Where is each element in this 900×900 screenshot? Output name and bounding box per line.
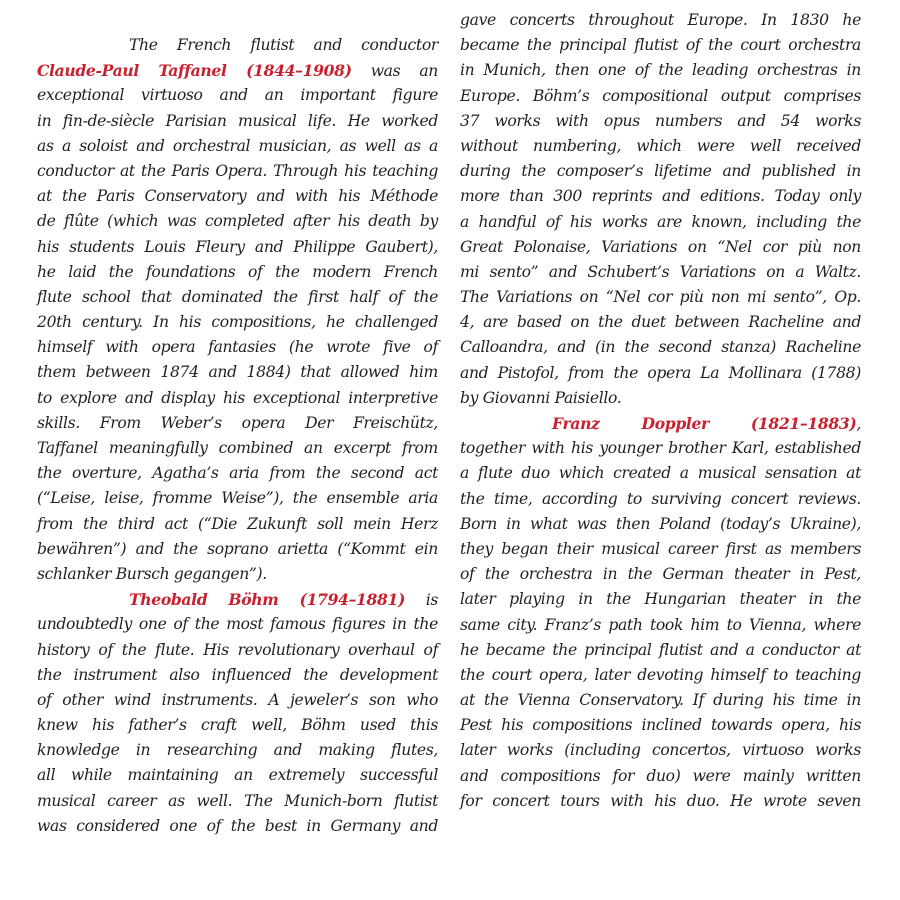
text-line: Europe. Böhm’s compositional output comp…: [460, 84, 861, 109]
text-line: Calloandra, and (in the second stanza) R…: [460, 335, 861, 360]
text-line: conductor at the Paris Opera. Through hi…: [37, 159, 438, 184]
text-line: the overture, Agatha’s aria from the sec…: [37, 461, 438, 486]
text-line: as a soloist and orchestral musician, as…: [37, 134, 438, 159]
text-line: he became the principal flutist and a co…: [460, 638, 861, 663]
text-line: Born in what was then Poland (today’s Uk…: [460, 512, 861, 537]
text-line: during the composer’s lifetime and publi…: [460, 159, 861, 184]
document-page: The French flutist and conductor Claude-…: [0, 0, 900, 900]
text-line: The French flutist and conductor: [37, 33, 438, 58]
text-line: for concert tours with his duo. He wrote…: [460, 789, 861, 814]
text-line: undoubtedly one of the most famous figur…: [37, 612, 438, 637]
text-line: gave concerts throughout Europe. In 1830…: [460, 8, 861, 33]
text-line: without numbering, which were well recei…: [460, 134, 861, 159]
text-line: of the orchestra in the German theater i…: [460, 562, 861, 587]
text-line: musical career as well. The Munich-born …: [37, 789, 438, 814]
text-line: Franz Doppler (1821–1883),: [460, 411, 861, 436]
text-line: Pest his compositions inclined towards o…: [460, 713, 861, 738]
text-fragment: ,: [856, 415, 861, 433]
text-line: mi sento” and Schubert’s Variations on a…: [460, 260, 861, 285]
text-line: at the Paris Conservatory and with his M…: [37, 184, 438, 209]
text-line: the instrument also influenced the devel…: [37, 663, 438, 688]
text-line: knew his father’s craft well, Böhm used …: [37, 713, 438, 738]
text-line: Theobald Böhm (1794–1881) is: [37, 587, 438, 612]
composer-name-bohm: Theobald Böhm (1794–1881): [129, 590, 405, 609]
text-line: 20th century. In his compositions, he ch…: [37, 310, 438, 335]
text-line: by Giovanni Paisiello.: [460, 386, 861, 411]
right-column: gave concerts throughout Europe. In 1830…: [460, 8, 861, 814]
text-line: was considered one of the best in German…: [37, 814, 438, 839]
text-line: bewähren”) and the soprano arietta (“Kom…: [37, 537, 438, 562]
text-line: Claude-Paul Taffanel (1844–1908) was an: [37, 58, 438, 83]
text-fragment: was an: [371, 62, 438, 80]
composer-name-taffanel: Claude-Paul Taffanel (1844–1908): [37, 61, 352, 80]
text-line: in Munich, then one of the leading orche…: [460, 58, 861, 83]
text-line: (“Leise, leise, fromme Weise”), the ense…: [37, 486, 438, 511]
composer-name-doppler: Franz Doppler (1821–1883): [552, 414, 856, 433]
text-line: later works (including concertos, virtuo…: [460, 738, 861, 763]
text-line: de flûte (which was completed after his …: [37, 209, 438, 234]
text-line: at the Vienna Conservatory. If during hi…: [460, 688, 861, 713]
text-line: schlanker Bursch gegangen”).: [37, 562, 438, 587]
text-line: from the third act (“Die Zukunft soll me…: [37, 512, 438, 537]
text-line: he laid the foundations of the modern Fr…: [37, 260, 438, 285]
text-fragment: is: [426, 591, 438, 609]
text-line: of other wind instruments. A jeweler’s s…: [37, 688, 438, 713]
text-line: 4, are based on the duet between Racheli…: [460, 310, 861, 335]
text-line: exceptional virtuoso and an important fi…: [37, 83, 438, 108]
text-line: a flute duo which created a musical sens…: [460, 461, 861, 486]
text-line: all while maintaining an extremely succe…: [37, 763, 438, 788]
text-line: a handful of his works are known, includ…: [460, 210, 861, 235]
text-line: himself with opera fantasies (he wrote f…: [37, 335, 438, 360]
text-line: The Variations on “Nel cor più non mi se…: [460, 285, 861, 310]
text-line: and compositions for duo) were mainly wr…: [460, 764, 861, 789]
text-line: them between 1874 and 1884) that allowed…: [37, 360, 438, 385]
text-line: Great Polonaise, Variations on “Nel cor …: [460, 235, 861, 260]
text-line: flute school that dominated the first ha…: [37, 285, 438, 310]
text-line: later playing in the Hungarian theater i…: [460, 587, 861, 612]
text-line: his students Louis Fleury and Philippe G…: [37, 235, 438, 260]
text-line: in fin-de-siècle Parisian musical life. …: [37, 109, 438, 134]
text-line: the court opera, later devoting himself …: [460, 663, 861, 688]
text-line: to explore and display his exceptional i…: [37, 386, 438, 411]
text-line: 37 works with opus numbers and 54 works: [460, 109, 861, 134]
text-line: skills. From Weber’s opera Der Freischüt…: [37, 411, 438, 436]
text-line: more than 300 reprints and editions. Tod…: [460, 184, 861, 209]
text-line: Taffanel meaningfully combined an excerp…: [37, 436, 438, 461]
text-line: same city. Franz’s path took him to Vien…: [460, 613, 861, 638]
text-line: the time, according to surviving concert…: [460, 487, 861, 512]
text-line: and Pistofol, from the opera La Mollinar…: [460, 361, 861, 386]
text-line: they began their musical career first as…: [460, 537, 861, 562]
text-line: together with his younger brother Karl, …: [460, 436, 861, 461]
text-line: became the principal flutist of the cour…: [460, 33, 861, 58]
text-line: history of the flute. His revolutionary …: [37, 638, 438, 663]
left-column: The French flutist and conductor Claude-…: [37, 33, 438, 839]
text-line: knowledge in researching and making flut…: [37, 738, 438, 763]
